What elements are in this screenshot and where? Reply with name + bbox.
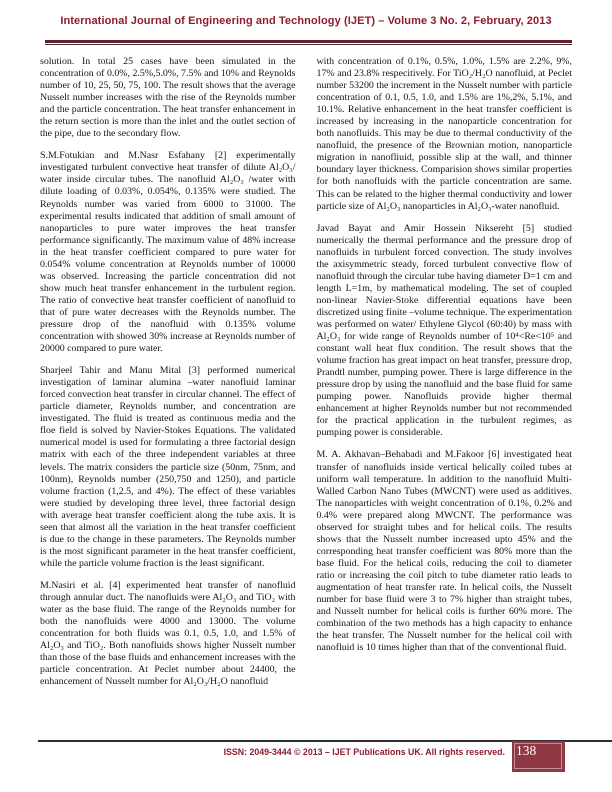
- paragraph-ref4-nasiri: M.Nasiri et al. [4] experimented heat tr…: [40, 580, 296, 688]
- right-column: with concentration of 0.1%, 0.5%, 1.0%, …: [317, 56, 573, 736]
- paragraph-ref2-fotukian: S.M.Fotukian and M.Nasr Esfahany [2] exp…: [40, 150, 296, 355]
- paper-page: International Journal of Engineering and…: [0, 0, 612, 792]
- header-divider-thick-line: [45, 40, 572, 43]
- paragraph-ref3-tahir-mital: Sharjeel Tahir and Manu Mital [3] perfor…: [40, 365, 296, 570]
- article-body: solution. In total 25 cases have been si…: [40, 56, 572, 736]
- header-divider-thin-line: [45, 44, 572, 45]
- paragraph-ref4-continued: with concentration of 0.1%, 0.5%, 1.0%, …: [317, 56, 573, 213]
- page-number: 138: [516, 743, 536, 759]
- page-number-box: 138: [512, 741, 565, 772]
- footer-copyright: ISSN: 2049-3444 © 2013 – IJET Publicatio…: [224, 747, 505, 757]
- journal-title: International Journal of Engineering and…: [40, 15, 572, 27]
- paragraph-ref5-bayat: Javad Bayat and Amir Hossein Niksereht […: [317, 223, 573, 440]
- page-header: International Journal of Engineering and…: [40, 15, 572, 27]
- paragraph-ref6-akhavan: M. A. Akhavan–Behabadi and M.Fakoor [6] …: [317, 449, 573, 654]
- header-divider: [45, 40, 572, 45]
- paragraph-results-summary: solution. In total 25 cases have been si…: [40, 56, 296, 140]
- left-column: solution. In total 25 cases have been si…: [40, 56, 296, 736]
